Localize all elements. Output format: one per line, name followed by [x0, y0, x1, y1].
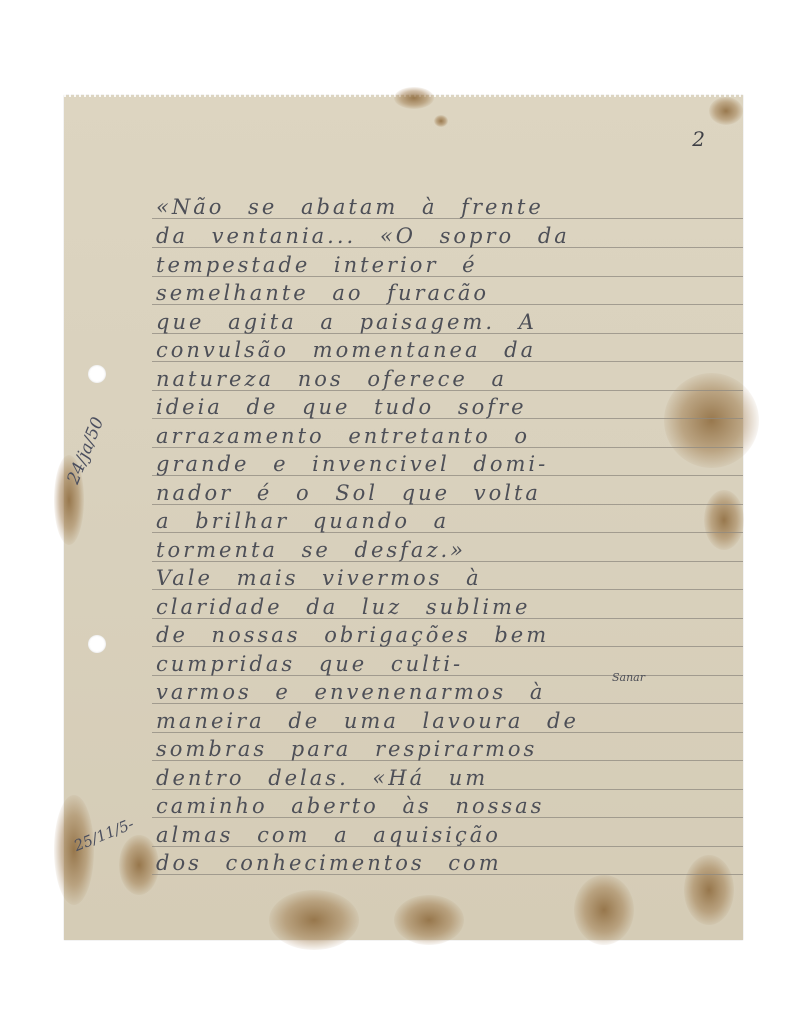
handwritten-line: grande e invencivel domi-: [156, 450, 739, 476]
handwritten-line: maneira de uma lavoura de: [156, 707, 739, 733]
handwritten-line: «Não se abatam à frente: [156, 193, 739, 219]
punch-hole-bottom: [88, 635, 106, 653]
handwritten-line: Vale mais vivermos à: [156, 564, 739, 590]
handwritten-line: ideia de que tudo sofre: [156, 393, 739, 419]
handwritten-line: semelhante ao furacão: [156, 279, 739, 305]
stain: [119, 835, 159, 895]
handwritten-line: claridade da luz sublime: [156, 593, 739, 619]
manuscript-page: 2 «Não se abatam à frente da ventania...…: [64, 95, 743, 940]
handwritten-line: sombras para respirarmos: [156, 735, 739, 761]
handwritten-line: tormenta se desfaz.»: [156, 536, 739, 562]
stain: [394, 895, 464, 945]
stain: [574, 875, 634, 945]
handwritten-line: tempestade interior é: [156, 251, 739, 277]
page-number: 2: [692, 127, 705, 151]
stain: [394, 87, 434, 109]
handwritten-line: natureza nos oferece a: [156, 365, 739, 391]
handwritten-line: a brilhar quando a: [156, 507, 739, 533]
handwritten-line: convulsão momentanea da: [156, 336, 739, 362]
handwritten-line: arrazamento entretanto o: [156, 422, 739, 448]
handwritten-line: nador é o Sol que volta: [156, 479, 739, 505]
handwritten-line: almas com a aquisição: [156, 821, 739, 847]
handwritten-line: que agita a paisagem. A: [156, 308, 739, 334]
handwritten-line: dos conhecimentos com: [156, 849, 739, 875]
punch-hole-top: [88, 365, 106, 383]
handwritten-line: de nossas obrigações bem: [156, 621, 739, 647]
interlinear-insertion: Sanar: [612, 671, 645, 684]
handwritten-line: dentro delas. «Há um: [156, 764, 739, 790]
stain: [434, 115, 448, 127]
stain: [709, 97, 743, 125]
margin-date-note: 24/ja/50: [63, 414, 108, 487]
stain: [269, 890, 359, 950]
handwritten-line: cumpridas que culti-: [156, 650, 739, 676]
handwritten-line: varmos e envenenarmos à: [156, 678, 739, 704]
handwritten-line: caminho aberto às nossas: [156, 792, 739, 818]
handwritten-line: da ventania... «O sopro da: [156, 222, 739, 248]
